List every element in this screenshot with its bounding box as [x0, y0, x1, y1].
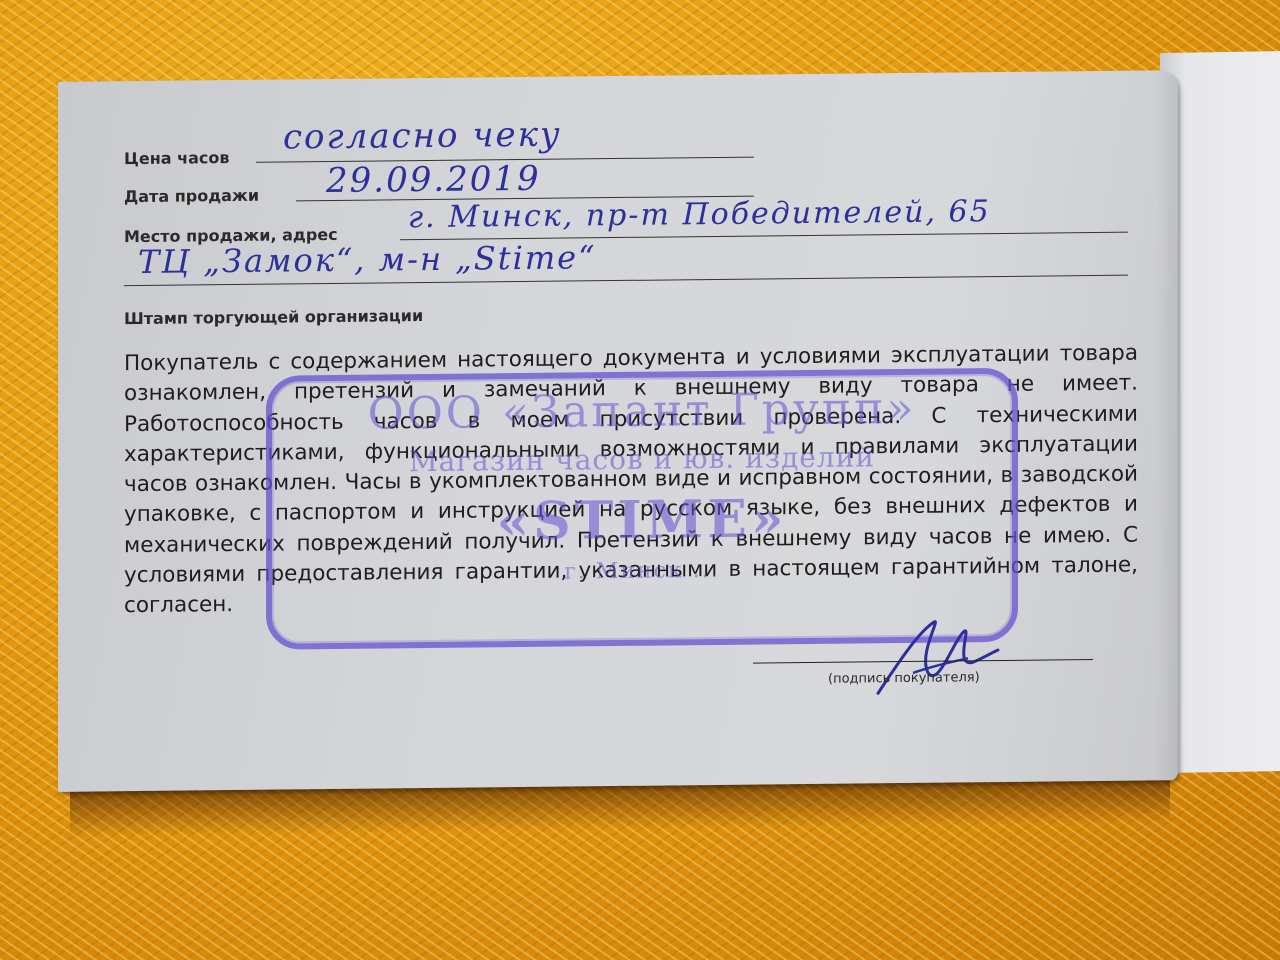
agreement-text: Покупатель с содержанием настоящего доку… — [124, 339, 1138, 622]
sale-date-label: Дата продажи — [124, 186, 259, 206]
buyer-signature — [858, 592, 1008, 704]
sale-place-handwritten-2: ТЦ „Замок“, м-н „Stime“ — [138, 238, 596, 281]
price-handwritten: согласно чеку — [283, 115, 562, 158]
sale-date-handwritten: 29.09.2019 — [326, 159, 541, 201]
page-edge — [1156, 70, 1178, 780]
stamp-section-title: Штамп торгующей организации — [124, 306, 423, 328]
price-label: Цена часов — [124, 148, 230, 168]
sale-place-handwritten: г. Минск, пр-т Победителей, 65 — [408, 194, 991, 235]
warranty-card-page: Цена часов согласно чеку Дата продажи 29… — [58, 70, 1178, 792]
signature-label: (подпись покупателя) — [828, 670, 980, 687]
right-page — [1160, 51, 1280, 773]
